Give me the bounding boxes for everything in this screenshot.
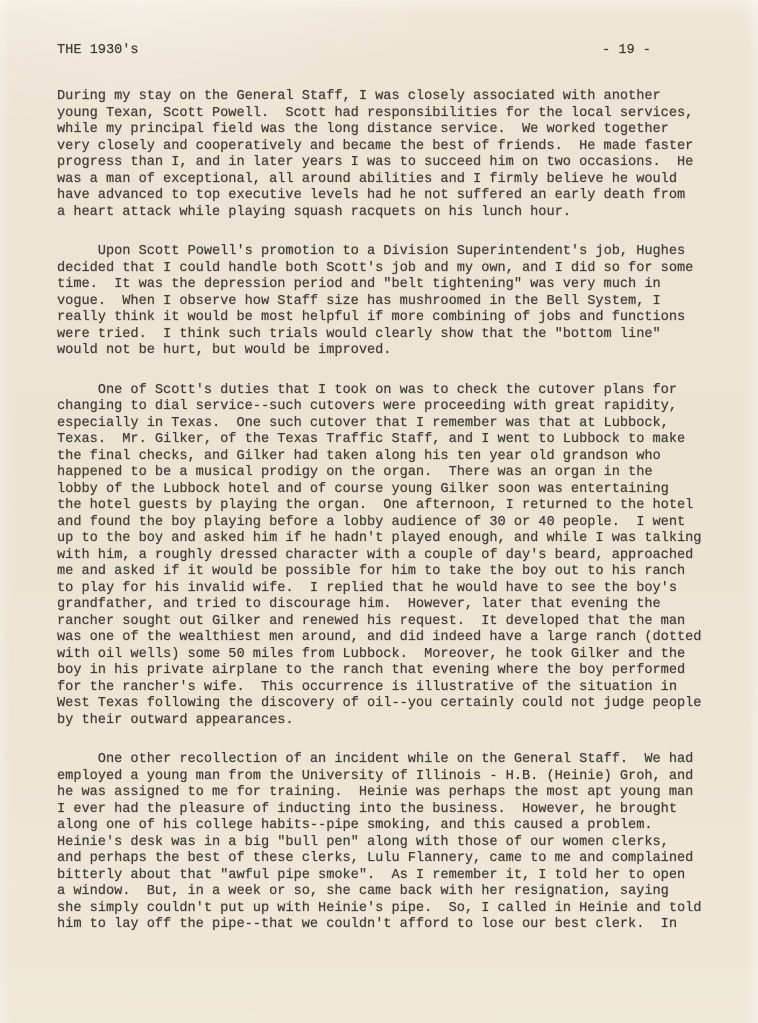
page-header: THE 1930's - 19 -: [57, 43, 719, 60]
paragraph: Upon Scott Powell's promotion to a Divis…: [57, 244, 719, 360]
page-title: THE 1930's: [57, 43, 139, 60]
document-page: THE 1930's - 19 - During my stay on the …: [0, 0, 758, 1023]
paragraph: One of Scott's duties that I took on was…: [57, 383, 719, 730]
paragraph: During my stay on the General Staff, I w…: [57, 89, 719, 221]
document-body: During my stay on the General Staff, I w…: [57, 89, 719, 957]
page-number: - 19 -: [602, 43, 651, 60]
paragraph: One other recollection of an incident wh…: [57, 752, 719, 934]
